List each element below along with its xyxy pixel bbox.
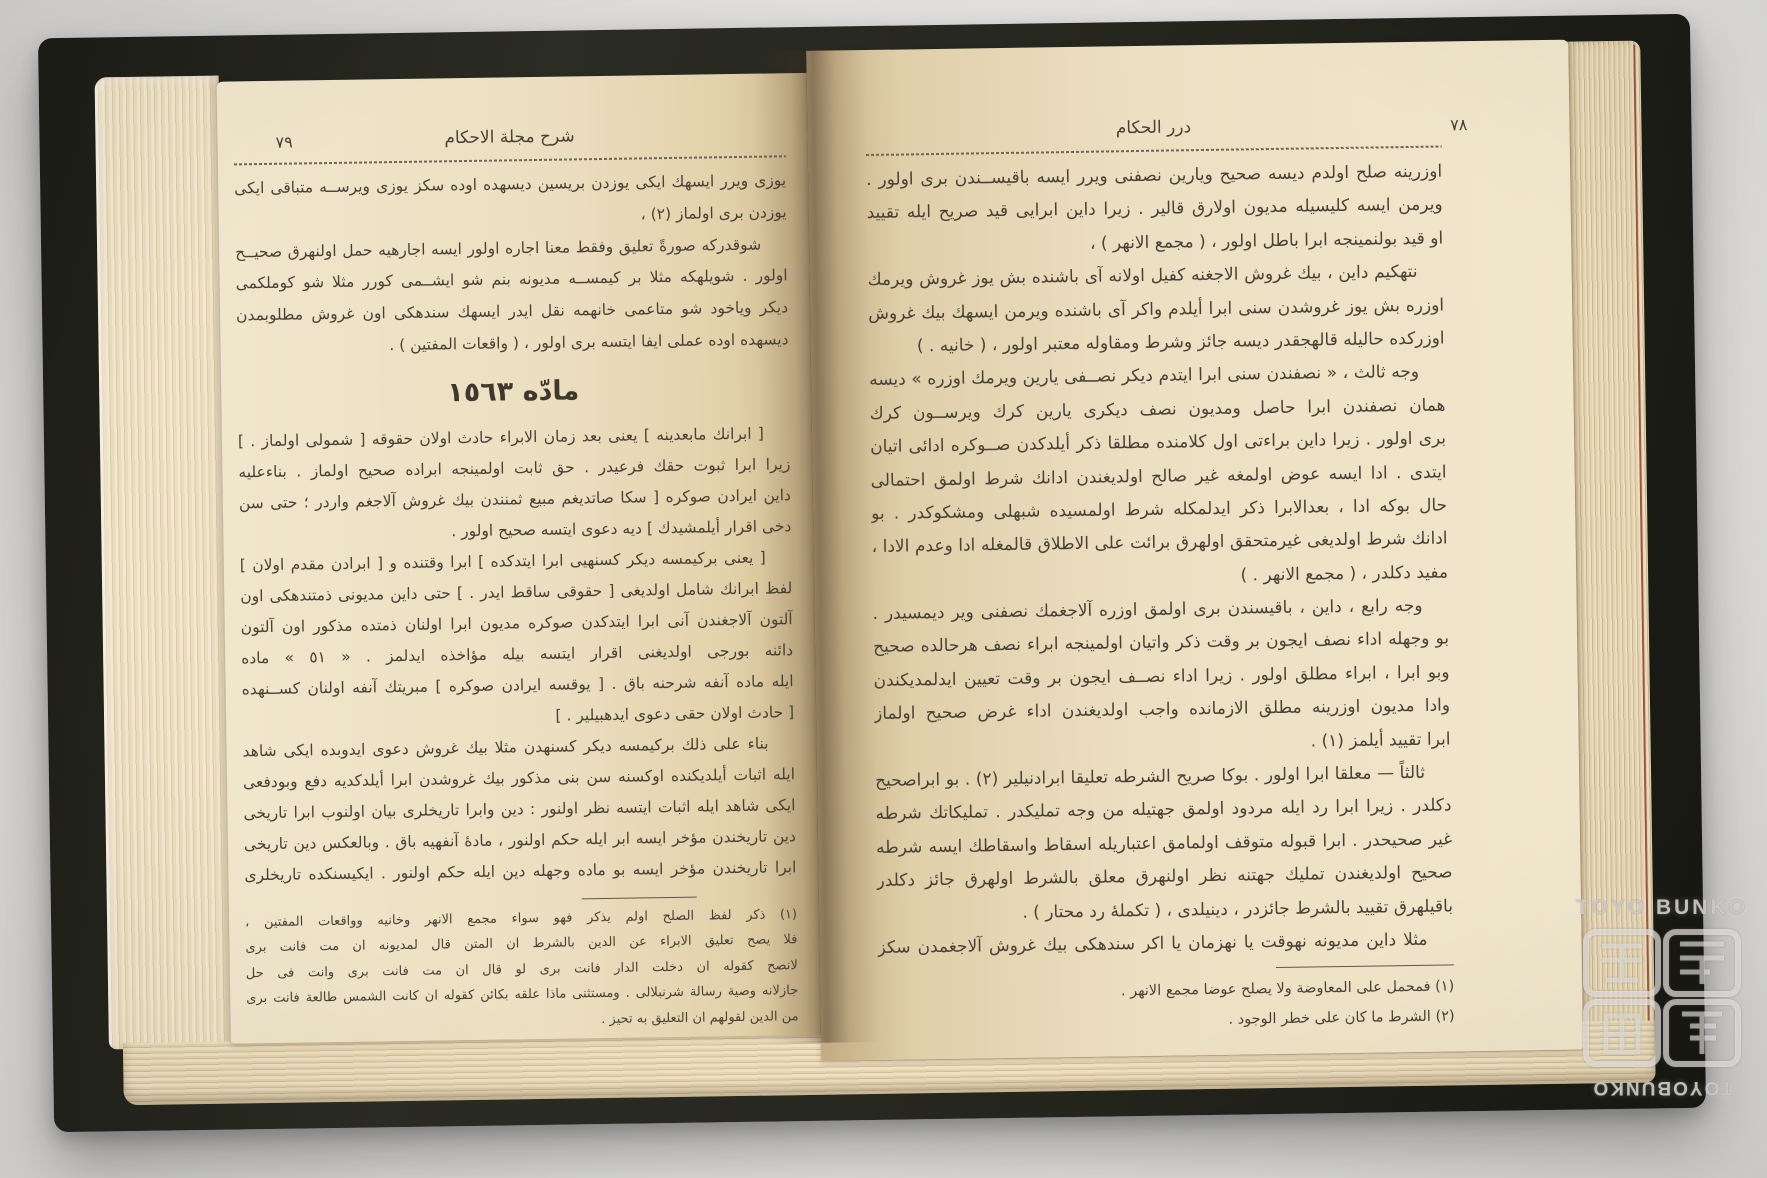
footnote-separator [582,896,697,899]
right-footnotes: (١) فمحمل على المعاوضة ولا يصلح عوضا مجم… [878,972,1455,1041]
toyo-bunko-watermark-text-mirrored: TOYOBUNKO [1562,1076,1762,1098]
left-page: ٧٩ شرح مجلة الاحكام يوزى ويرر ايسهك ايكى… [217,73,821,1044]
left-body-top: يوزى ويرر ايسهك ايكى يوزدن بريسين ديسهده… [234,165,789,364]
left-footnotes: (١) ذكر لفظ الصلح اولم يذكر فهو سواء مجم… [245,902,799,1038]
left-page-number: ٧٩ [275,133,292,152]
right-page-column: ٧٨ درر الحكام اوزرينه صلح اولدم ديسه صحي… [864,42,1455,1041]
right-page-header: درر الحكام [1116,117,1192,138]
text-line: مثلا داين مديونه نهوقت يا نهزمان يا اكر … [877,923,1453,965]
left-body-main: [ ابرانك مابعدينه ] يعنى بعد زمان الابرا… [238,418,797,891]
article-heading: مادّه ١٥٦٣ [237,366,790,418]
right-page-number: ٧٨ [1450,115,1467,134]
photo-background: ٧٩ شرح مجلة الاحكام يوزى ويرر ايسهك ايكى… [0,0,1767,1178]
left-page-column: ٧٩ شرح مجلة الاحكام يوزى ويرر ايسهك ايكى… [233,73,799,1037]
footnote-separator [1276,965,1454,969]
right-page: ٧٨ درر الحكام اوزرينه صلح اولدم ديسه صحي… [806,40,1583,1061]
page-edges-left [95,76,233,1050]
toyo-bunko-watermark: TOYO BUNKO TOYOBUNKO [1562,896,1762,1098]
toyo-bunko-watermark-text: TOYO BUNKO [1562,896,1762,920]
book: ٧٩ شرح مجلة الاحكام يوزى ويرر ايسهك ايكى… [38,14,1706,1132]
right-body: اوزرينه صلح اولدم ديسه صحيح ويارين نصفنى… [866,156,1454,966]
left-page-header: شرح مجلة الاحكام [444,126,575,148]
toyo-bunko-seal-icon [1580,928,1744,1070]
